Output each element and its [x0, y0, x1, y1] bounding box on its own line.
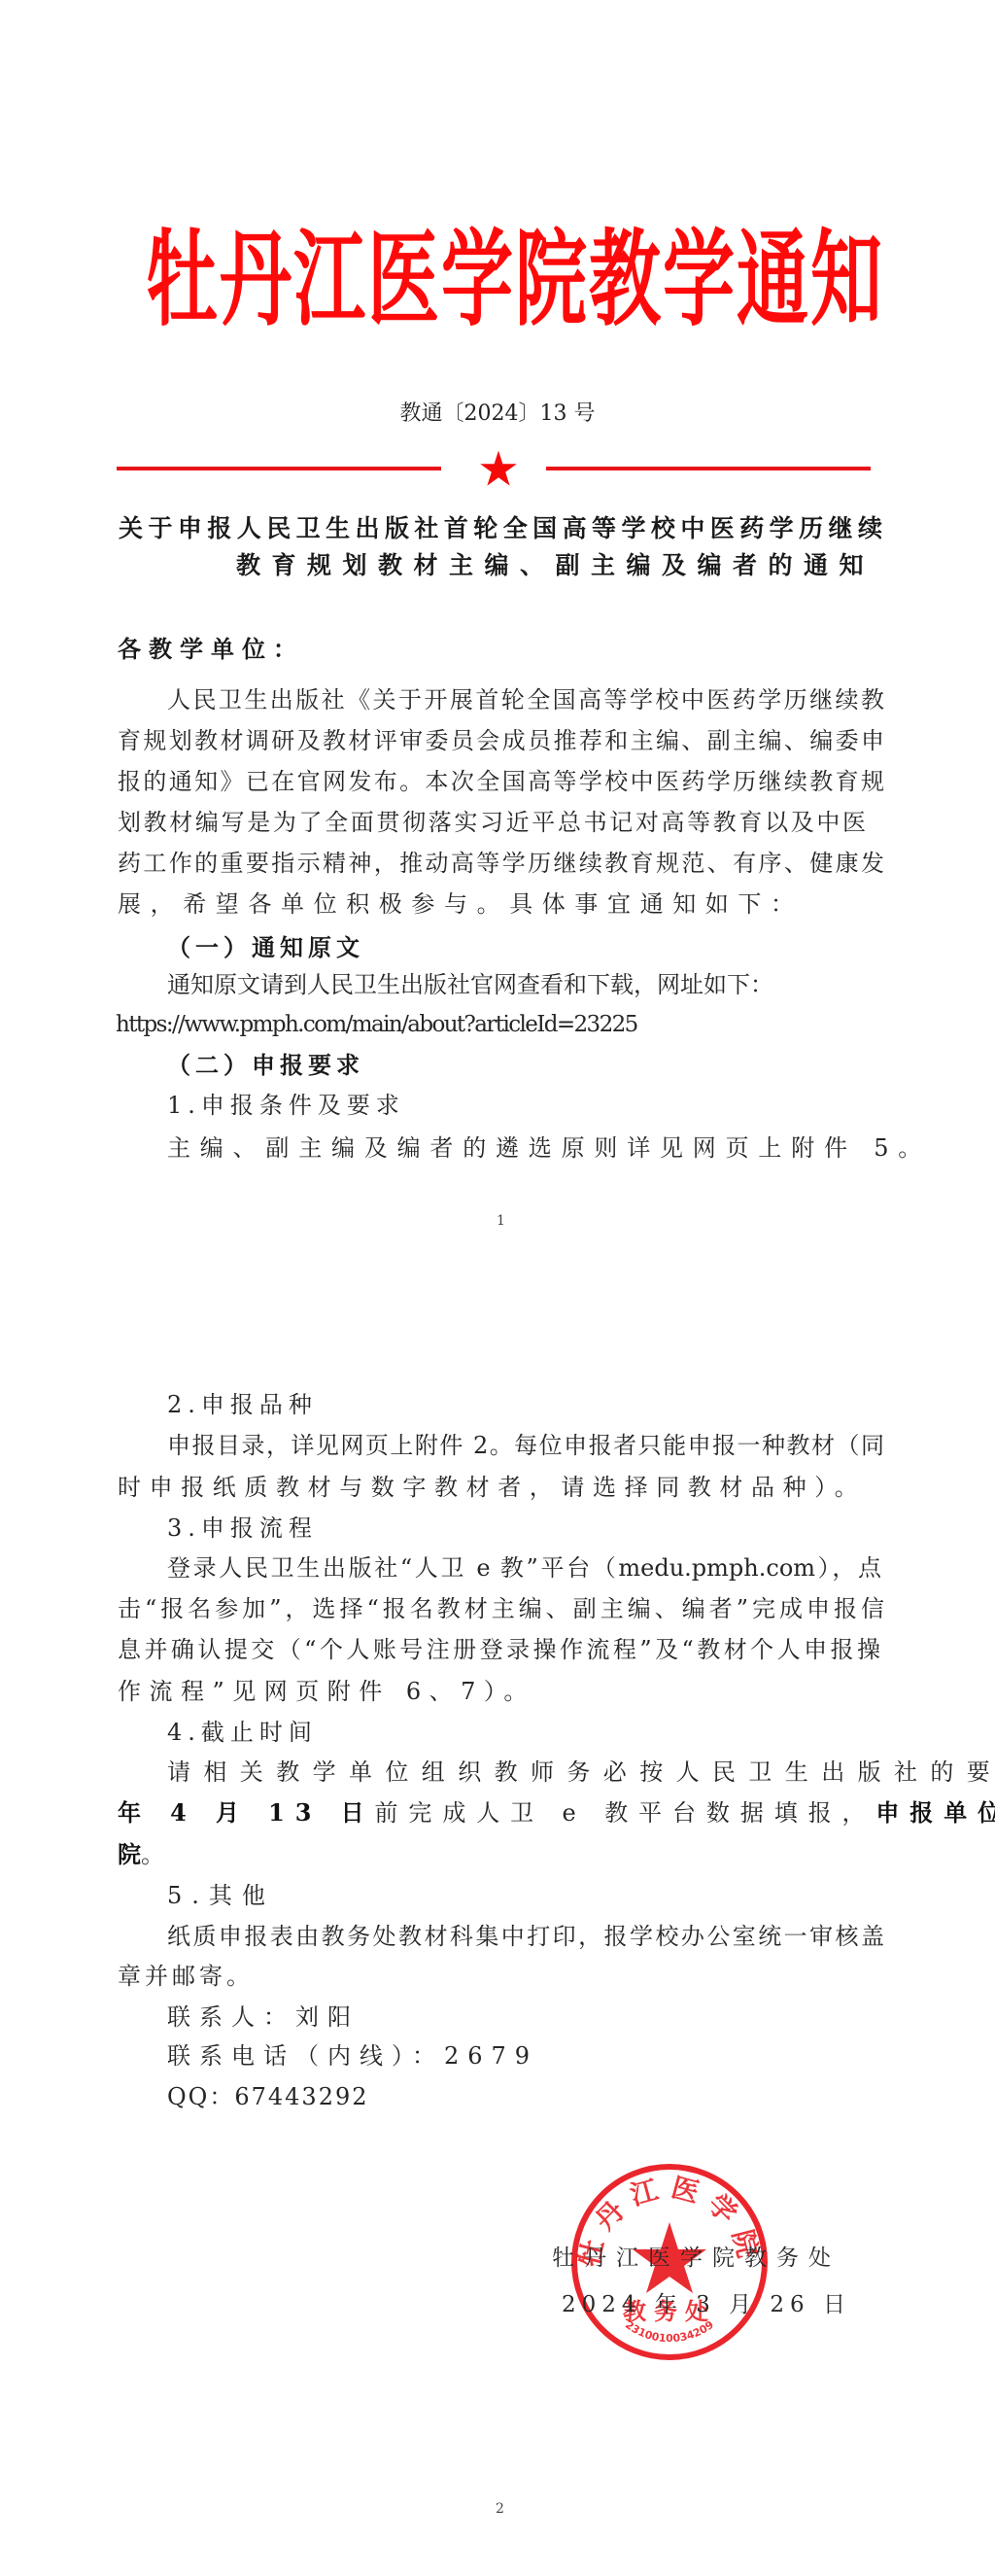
paragraph-line: 章并邮寄。 — [118, 1960, 254, 1993]
subsection-title-deadline: 4.截止时间 — [167, 1716, 318, 1749]
paragraph-line: 人民卫生出版社《关于开展首轮全国高等学校中医药学历继续教 — [167, 683, 884, 716]
notice-title-line-2: 教育规划教材主编、副主编及编者的通知 — [236, 546, 761, 581]
star-icon — [479, 449, 518, 488]
paragraph-line: 育规划教材调研及教材评审委员会成员推荐和主编、副主编、编委申 — [118, 724, 884, 757]
reporting-unit: 院 — [118, 1840, 141, 1868]
contact-person: 联系人：刘阳 — [167, 2001, 360, 2034]
salutation: 各教学单位： — [118, 630, 304, 664]
paragraph-line: 院。 — [118, 1838, 164, 1871]
period: 。 — [141, 1841, 164, 1868]
subsection-title-other: 5.其他 — [167, 1879, 275, 1912]
paragraph-line: 击“报名参加”，选择“报名教材主编、副主编、编者”完成申报信 — [118, 1592, 884, 1625]
paragraph-line: 通知原文请到人民卫生出版社官网查看和下载，网址如下： — [167, 968, 731, 1001]
document-number: 教通〔2024〕13 号 — [389, 397, 606, 427]
signature-date: 2024 年 3 月 26 日 — [562, 2286, 851, 2318]
signature-office: 牡丹江医学院教务处 — [552, 2240, 841, 2272]
deadline-text: 前完成人卫 e 教平台数据填报， — [375, 1799, 876, 1827]
paragraph-line: 登录人民卫生出版社“人卫 e 教”平台（medu.pmph.com），点 — [167, 1551, 881, 1584]
deadline-text: 请相关教学单位组织教师务必按人民卫生出版社的要求在 — [167, 1758, 995, 1786]
paragraph-line: 主编、副主编及编者的遴选原则详见网页上附件 5。 — [167, 1131, 931, 1165]
paragraph-line: 申报目录，详见网页上附件 2。每位申报者只能申报一种教材（同 — [167, 1429, 884, 1462]
paragraph-line: 纸质申报表由教务处教材科集中打印，报学校办公室统一审核盖 — [167, 1920, 884, 1953]
paragraph-line: 年 4 月 13 日前完成人卫 e 教平台数据填报，申报单位为牡丹江医学 — [118, 1796, 884, 1829]
page-number: 2 — [496, 2501, 504, 2517]
subsection-title-process: 3.申报流程 — [167, 1512, 318, 1545]
subsection-title-conditions: 1.申报条件及要求 — [167, 1089, 405, 1122]
contact-phone: 联系电话（内线）：2679 — [167, 2039, 538, 2072]
paragraph-line: 请相关教学单位组织教师务必按人民卫生出版社的要求在2024 — [167, 1756, 884, 1789]
contact-qq: QQ：67443292 — [167, 2080, 369, 2113]
paragraph-line: 息并确认提交（“个人账号注册登录操作流程”及“教材个人申报操 — [118, 1633, 880, 1666]
paragraph-line: 展，希望各单位积极参与。具体事宜通知如下： — [118, 888, 804, 921]
paragraph-line: 时申报纸质教材与数字教材者，请选择同教材品种）。 — [118, 1471, 866, 1504]
divider-line-left — [117, 467, 441, 470]
paragraph-line: 划教材编写是为了全面贯彻落实习近平总书记对高等教育以及中医 — [118, 806, 866, 839]
notice-url-link[interactable]: https://www.pmph.com/main/about?articleI… — [116, 1008, 637, 1041]
reporting-unit: 申报单位为牡丹江医学 — [875, 1798, 995, 1827]
page-number: 1 — [497, 1213, 505, 1229]
paragraph-line: 作流程”见网页附件 6、7）。 — [118, 1675, 535, 1708]
notice-title-line-1: 关于申报人民卫生出版社首轮全国高等学校中医药学历继续 — [119, 509, 882, 544]
masthead-title: 牡丹江医学院教学通知 — [146, 195, 845, 365]
paragraph-line: 报的通知》已在官网发布。本次全国高等学校中医药学历继续教育规 — [118, 765, 884, 798]
deadline-date: 年 4 月 13 日 — [118, 1798, 375, 1827]
section-heading-requirements: （二）申报要求 — [167, 1046, 364, 1080]
divider-line-right — [546, 467, 871, 470]
section-heading-notice-original: （一）通知原文 — [167, 928, 364, 962]
subsection-title-varieties: 2.申报品种 — [167, 1388, 318, 1421]
paragraph-line: 药工作的重要指示精神，推动高等学历继续教育规范、有序、健康发 — [118, 847, 884, 880]
